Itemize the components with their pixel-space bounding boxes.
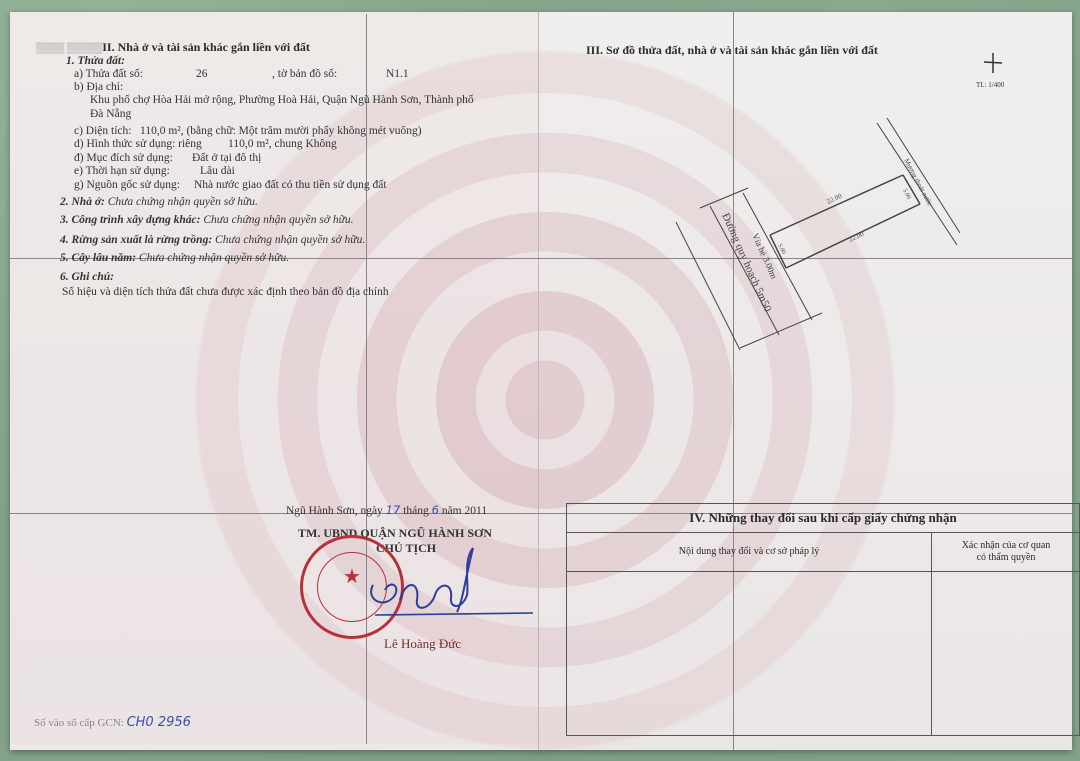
- address-label: b) Địa chỉ:: [74, 80, 123, 94]
- note-text: Số hiệu và diện tích thửa đất chưa được …: [62, 285, 389, 299]
- parcel-number-label: a) Thửa đất số:: [74, 67, 143, 81]
- svg-text:5.00: 5.00: [901, 188, 911, 200]
- signing-authority: TM. UBND QUẬN NGŨ HÀNH SƠN: [298, 526, 492, 540]
- origin-label: g) Nguồn gốc sử dụng:: [74, 178, 180, 192]
- svg-text:5.00: 5.00: [776, 243, 786, 255]
- parcel-diagram: 22.00 22.00 5.00 5.00 Mương thoát nước V…: [660, 110, 960, 360]
- land-heading: 1. Thửa đất:: [66, 54, 125, 68]
- signing-place-date: Ngũ Hành Sơn, ngày 17 tháng 6 năm 2011: [286, 503, 487, 518]
- changes-column-confirmation: Xác nhận của cơ quancó thẩm quyền: [931, 532, 1080, 572]
- house-item: 2. Nhà ở: Chưa chứng nhận quyền sở hữu.: [60, 195, 258, 209]
- column-divider: [931, 571, 932, 735]
- other-construction-item: 3. Công trình xây dựng khác: Chưa chứng …: [60, 213, 354, 227]
- usage-form-label: d) Hình thức sử dụng: riêng: [74, 137, 202, 151]
- purpose-label: đ) Mục đích sử dụng:: [74, 151, 173, 165]
- area-value: 110,0 m², (bằng chữ: Một trăm mười phẩy …: [140, 124, 422, 138]
- parcel-number: 26: [196, 67, 208, 81]
- address-line-1: Khu phố chợ Hòa Hải mở rộng, Phường Hoà …: [90, 93, 474, 107]
- section-title-left: ▒▒▒▒ ▒▒▒▒▒II. Nhà ở và tài sản khác gắn …: [36, 40, 310, 55]
- perennial-trees-item: 5. Cây lâu năm: Chưa chứng nhận quyền sở…: [60, 251, 289, 265]
- changes-table: IV. Những thay đổi sau khi cấp giấy chứn…: [566, 503, 1080, 736]
- changes-table-title: IV. Những thay đổi sau khi cấp giấy chứn…: [567, 504, 1079, 533]
- scale-label: TL: 1/400: [976, 78, 1004, 92]
- note-heading: 6. Ghi chú:: [60, 270, 114, 284]
- north-arrow-icon: [982, 52, 1004, 74]
- signature: [355, 540, 535, 630]
- purpose-value: Đất ở tại đô thị: [192, 151, 261, 165]
- signer-name: Lê Hoàng Đức: [384, 637, 461, 651]
- map-sheet-number: N1.1: [386, 67, 409, 81]
- term-value: Lâu dài: [200, 164, 235, 178]
- center-fold: [538, 12, 539, 750]
- origin-value: Nhà nước giao đất có thu tiền sử dụng đấ…: [194, 178, 387, 192]
- registry-number-field: Số vào sổ cấp GCN: CH0 2956: [34, 716, 191, 730]
- map-sheet-label: , tờ bản đồ số:: [272, 67, 337, 81]
- area-label: c) Diện tích:: [74, 124, 131, 138]
- section-title-right: III. Sơ đồ thửa đất, nhà ở và tài sản kh…: [586, 43, 878, 58]
- changes-column-content: Nội dung thay đổi và cơ sở pháp lý: [567, 532, 932, 572]
- production-forest-item: 4. Rừng sản xuất là rừng trồng: Chưa chứ…: [60, 233, 365, 247]
- address-line-2: Đà Nẵng: [90, 107, 131, 121]
- usage-form-value: 110,0 m², chung Không: [228, 137, 337, 151]
- term-label: e) Thời hạn sử dụng:: [74, 164, 170, 178]
